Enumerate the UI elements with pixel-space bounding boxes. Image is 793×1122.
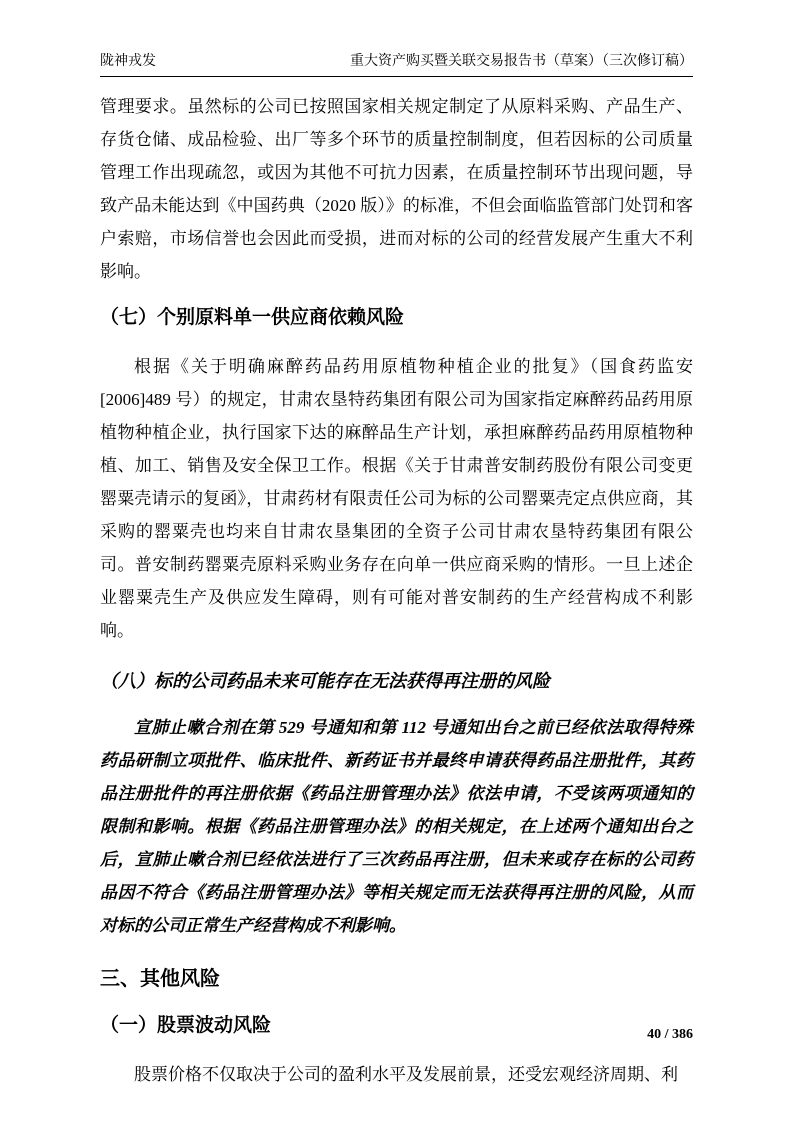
heading-section-three-other-risks: 三、其他风险 <box>100 964 693 994</box>
paragraph-reregistration-risk: 宣肺止嗽合剂在第 529 号通知和第 112 号通知出台之前已经依法取得特殊药品… <box>100 711 693 942</box>
heading-section-seven-single-supplier-risk: （七）个别原料单一供应商依赖风险 <box>100 304 693 332</box>
heading-section-eight-reregistration-risk: （八）标的公司药品未来可能存在无法获得再注册的风险 <box>100 667 693 695</box>
page-number: 40 / 386 <box>647 1027 693 1043</box>
paragraph-quality-control-risk: 管理要求。虽然标的公司已按照国家相关规定制定了从原料采购、产品生产、存货仓储、成… <box>100 90 693 288</box>
header-report-title: 重大资产购买暨关联交易报告书（草案）（三次修订稿） <box>350 52 693 72</box>
paragraph-stock-price-risk: 股票价格不仅取决于公司的盈利水平及发展前景，还受宏观经济周期、利 <box>100 1058 693 1091</box>
running-header: 陇神戎发 重大资产购买暨关联交易报告书（草案）（三次修订稿） <box>100 52 693 77</box>
document-page: 陇神戎发 重大资产购买暨关联交易报告书（草案）（三次修订稿） 管理要求。虽然标的… <box>0 0 793 1122</box>
heading-section-three-one-stock-volatility-risk: （一）股票波动风险 <box>100 1012 693 1040</box>
paragraph-supplier-dependence-risk: 根据《关于明确麻醉药品药用原植物种植企业的批复》（国食药监安[2006]489 … <box>100 350 693 647</box>
header-company-name: 陇神戎发 <box>100 52 156 72</box>
document-body: 管理要求。虽然标的公司已按照国家相关规定制定了从原料采购、产品生产、存货仓储、成… <box>100 90 693 1091</box>
